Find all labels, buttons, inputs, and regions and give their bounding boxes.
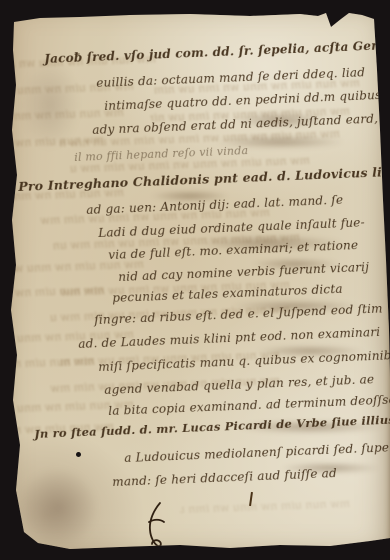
wormhole [76,452,81,457]
manuscript-page: mw nun uim nw mnu wn imn uw nim mw un ni… [0,0,390,560]
handwritten-line: Jacoƀ ſred. vſo jud com. dd. ſr. ſepelia… [44,36,390,66]
handwritten-line: Jn ro ſtea ſudd. d. mr. Lucas Picardi de… [34,410,390,441]
water-stain [18,468,98,548]
signature-flourish [140,500,174,552]
ink-bleedthrough: mw nun uim nw mnu wn imn uw nim mw un ni… [180,497,350,517]
water-stain [20,60,80,150]
handwritten-line: mand: ſe heri ddacceſi aud fuiſſe ad [112,466,337,489]
manuscript-photo: mw nun uim nw mnu wn imn uw nim mw un ni… [0,0,390,560]
handwritten-line: a Ludouicus mediolanenſ picardi ſed. ſup… [124,440,390,465]
